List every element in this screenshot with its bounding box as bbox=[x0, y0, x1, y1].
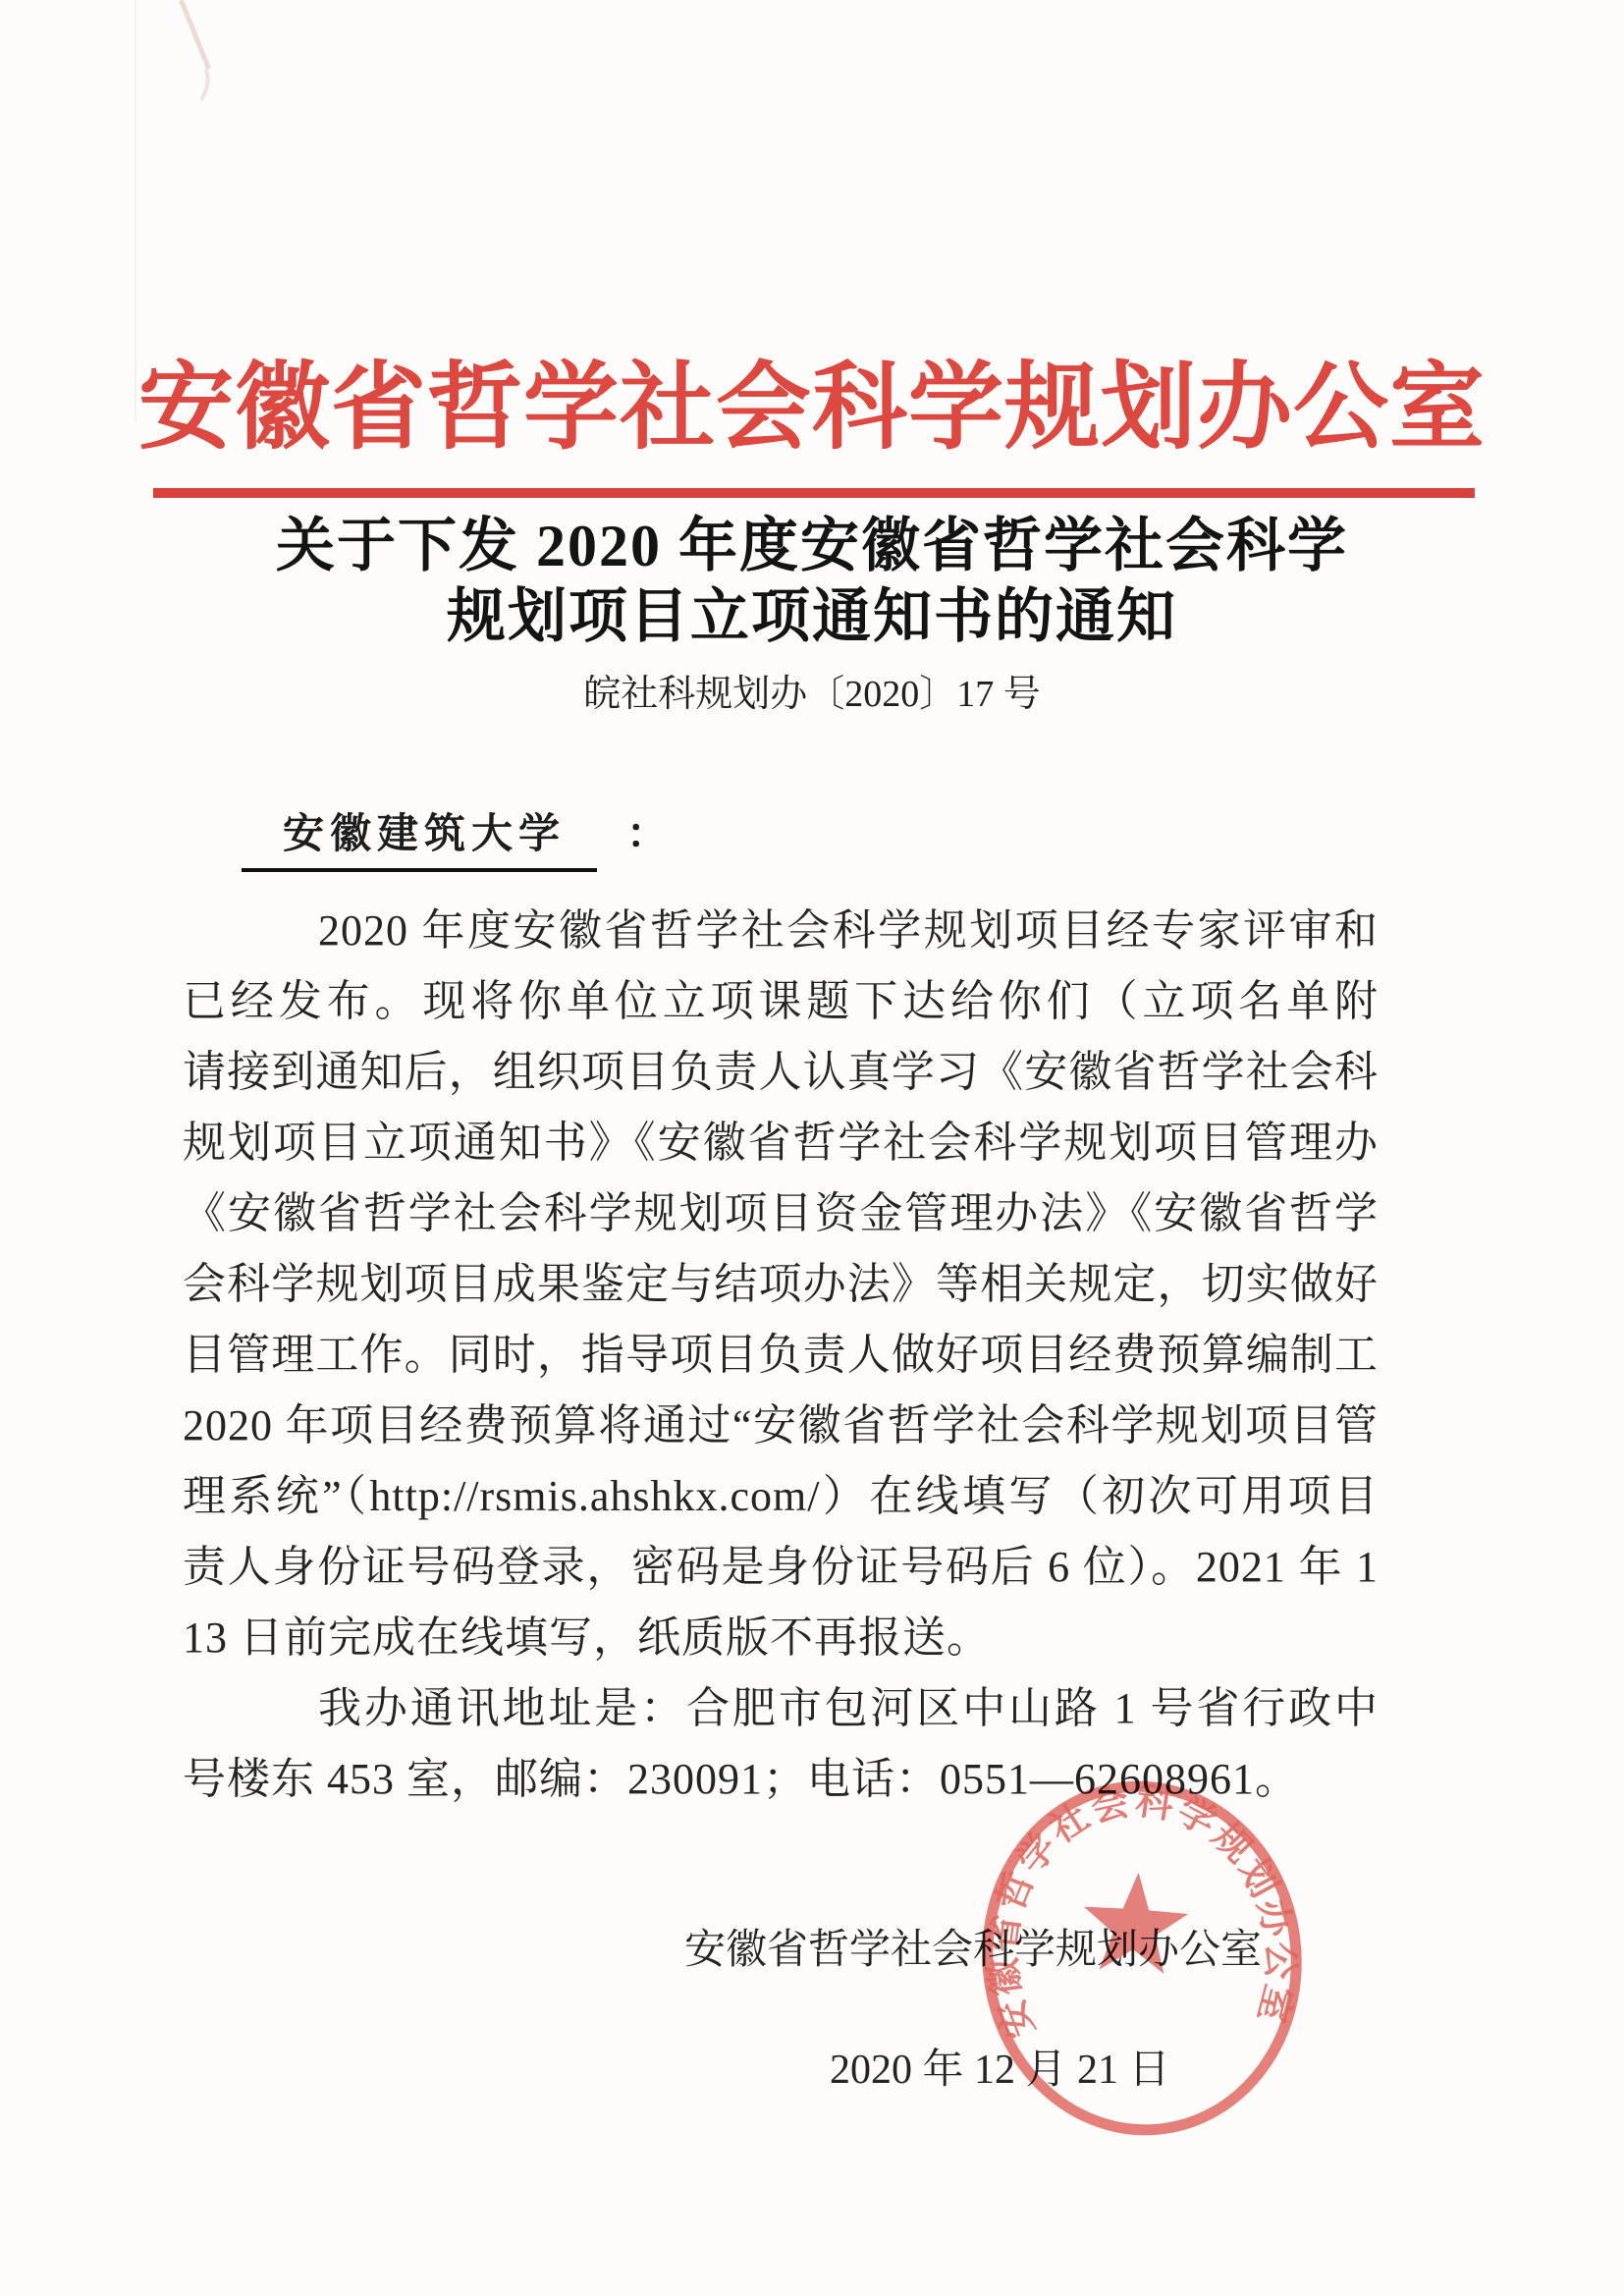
body-line: 我办通讯地址是：合肥市包河区中山路 1 号省行政中心 1 bbox=[183, 1673, 1379, 1744]
body-line: 会科学规划项目成果鉴定与结项办法》等相关规定，切实做好项 bbox=[183, 1249, 1379, 1320]
body-line: 已经发布。现将你单位立项课题下达给你们（立项名单附后）， bbox=[183, 966, 1379, 1037]
body-line: 理系统”（http://rsmis.ahshkx.com/）在线填写（初次可用项… bbox=[183, 1461, 1379, 1532]
document-reference-number: 皖社科规划办〔2020〕17 号 bbox=[0, 670, 1624, 719]
body-line: 目管理工作。同时，指导项目负责人做好项目经费预算编制工作。 bbox=[183, 1320, 1379, 1391]
body-line: 13 日前完成在线填写，纸质版不再报送。 bbox=[183, 1603, 1379, 1673]
body-line: 责人身份证号码登录，密码是身份证号码后 6 位）。2021 年 1 月 bbox=[183, 1532, 1379, 1603]
document-title-line1: 关于下发 2020 年度安徽省哲学社会科学 bbox=[0, 511, 1624, 581]
body-line: 《安徽省哲学社会科学规划项目资金管理办法》《安徽省哲学社 bbox=[183, 1178, 1379, 1249]
official-seal: 安徽省哲学社会科学规划办公室 bbox=[958, 1759, 1325, 2157]
masthead-divider-rule bbox=[153, 488, 1475, 498]
scan-smudge-mark bbox=[137, 0, 255, 108]
issuing-office-masthead: 安徽省哲学社会科学规划办公室 bbox=[0, 354, 1624, 464]
addressee-name: 安徽建筑大学 bbox=[242, 809, 597, 872]
body-line: 2020 年项目经费预算将通过“安徽省哲学社会科学规划项目管 bbox=[183, 1391, 1379, 1461]
scanned-document-page: 安徽省哲学社会科学规划办公室 关于下发 2020 年度安徽省哲学社会科学 规划项… bbox=[0, 0, 1624, 2296]
body-line: 请接到通知后，组织项目负责人认真学习《安徽省哲学社会科学 bbox=[183, 1037, 1379, 1108]
addressee-line: 安徽建筑大学： bbox=[242, 809, 668, 872]
body-line: 2020 年度安徽省哲学社会科学规划项目经专家评审和公示， bbox=[183, 896, 1379, 966]
document-title-line2: 规划项目立项通知书的通知 bbox=[0, 581, 1624, 652]
letter-body: 2020 年度安徽省哲学社会科学规划项目经专家评审和公示， 已经发布。现将你单位… bbox=[183, 896, 1379, 1815]
seal-star bbox=[1081, 1868, 1194, 1982]
addressee-colon: ： bbox=[626, 809, 668, 860]
body-line: 规划项目立项通知书》《安徽省哲学社会科学规划项目管理办法》 bbox=[183, 1108, 1379, 1178]
